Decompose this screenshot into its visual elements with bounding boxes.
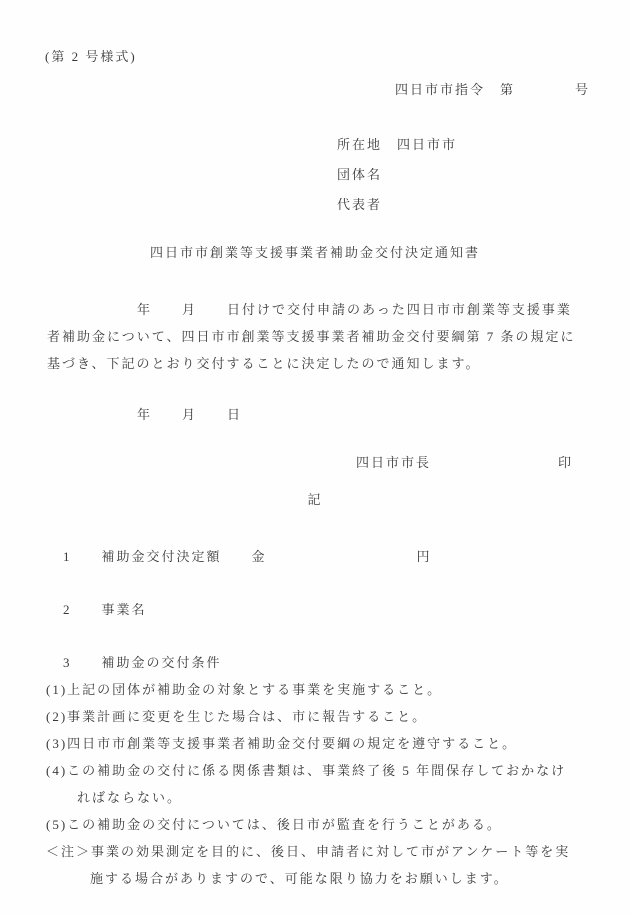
- addressee-representative-label: 代表者: [337, 197, 382, 213]
- seal-placeholder: 印: [558, 455, 573, 470]
- addressee-location-line: 所在地 四日市市: [337, 137, 457, 153]
- notation-marker: 記: [0, 492, 630, 508]
- item-3-grant-conditions: 3 補助金の交付条件: [63, 655, 222, 671]
- body-paragraph-line-2: 者補助金について、四日市市創業等支援事業者補助金交付要綱第 7 条の規定に: [47, 329, 575, 345]
- issuer-line: 四日市市長印: [335, 439, 573, 487]
- body-paragraph-line-3: 基づき、下記のとおり交付することに決定したので通知します。: [47, 356, 480, 372]
- condition-1: (1)上記の団体が補助金の対象とする事業を実施すること。: [46, 682, 442, 698]
- condition-2: (2)事業計画に変更を生じた場合は、市に報告すること。: [46, 709, 427, 725]
- form-number-label: (第 2 号様式): [45, 49, 137, 65]
- document-title: 四日市市創業等支援事業者補助金交付決定通知書: [0, 245, 630, 261]
- note-line-2: 施する場合がありますので、可能な限り協力をお願いします。: [90, 871, 509, 887]
- directive-number-line: 四日市市指令 第 号: [395, 82, 590, 98]
- condition-4-continuation: ればならない。: [77, 790, 182, 806]
- condition-3: (3)四日市市創業等支援事業者補助金交付要綱の規定を遵守すること。: [46, 736, 517, 752]
- item-1-grant-amount: 1 補助金交付決定額 金 円: [63, 549, 432, 565]
- addressee-organization-label: 団体名: [337, 167, 382, 183]
- note-line-1: ＜注＞事業の効果測定を目的に、後日、申請者に対して市がアンケート等を実: [46, 844, 570, 860]
- issuer-name: 四日市市長: [356, 455, 431, 470]
- condition-5: (5)この補助金の交付については、後日市が監査を行うことがある。: [46, 817, 502, 833]
- document-page: (第 2 号様式) 四日市市指令 第 号 所在地 四日市市 団体名 代表者 四日…: [0, 0, 630, 915]
- item-2-project-name: 2 事業名: [63, 602, 147, 618]
- decision-date-line: 年 月 日: [47, 407, 242, 423]
- condition-4: (4)この補助金の交付に係る関係書類は、事業終了後 5 年間保存しておかなけ: [46, 763, 566, 779]
- body-paragraph-line-1: 年 月 日付けで交付申請のあった四日市市創業等支援事業: [47, 302, 572, 318]
